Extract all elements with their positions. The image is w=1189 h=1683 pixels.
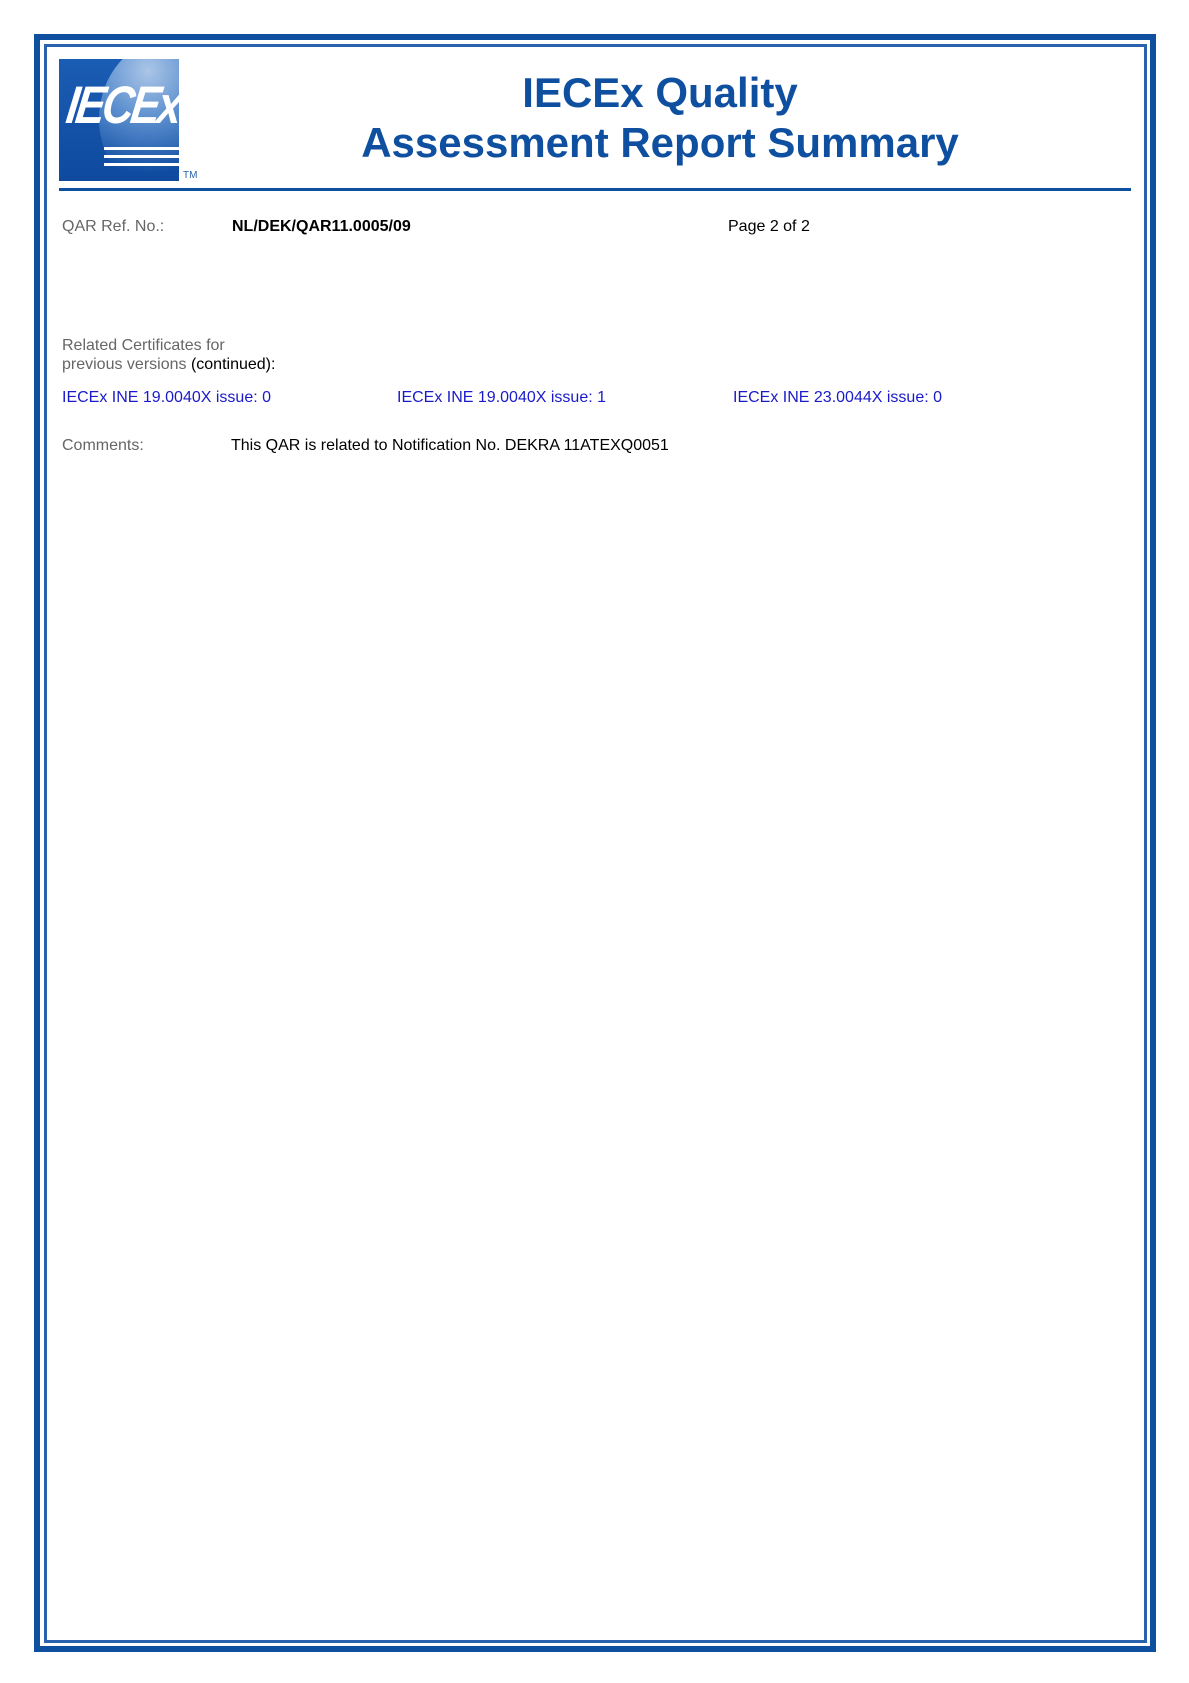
qar-ref-value: NL/DEK/QAR11.0005/09 [232,218,411,236]
page-number: Page 2 of 2 [728,218,810,236]
related-certificates-label: Related Certificates for previous versio… [62,336,275,374]
title-line-1: IECEx Quality [330,68,990,118]
logo-stripe [104,163,179,166]
related-label-text: previous versions [62,356,187,373]
page-title: IECEx Quality Assessment Report Summary [330,68,990,168]
logo-wordmark: IECEx [63,76,179,136]
trademark-mark: TM [183,170,197,181]
page-inner-border [44,44,1147,1643]
iecex-logo: IECEx [59,59,179,181]
certificate-link[interactable]: IECEx INE 23.0044X issue: 0 [733,389,942,407]
comments-label: Comments: [62,437,144,455]
certificate-link[interactable]: IECEx INE 19.0040X issue: 0 [62,389,271,407]
logo-stripe [104,155,179,158]
comments-value: This QAR is related to Notification No. … [231,437,669,455]
header-divider [59,188,1131,191]
related-label-line-1: Related Certificates for [62,336,275,355]
certificate-link[interactable]: IECEx INE 19.0040X issue: 1 [397,389,606,407]
related-label-line-2: previous versions (continued): [62,355,275,374]
title-line-2: Assessment Report Summary [330,118,990,168]
logo-stripe [104,147,179,150]
qar-ref-label: QAR Ref. No.: [62,218,164,236]
related-label-suffix: (continued): [191,356,276,373]
